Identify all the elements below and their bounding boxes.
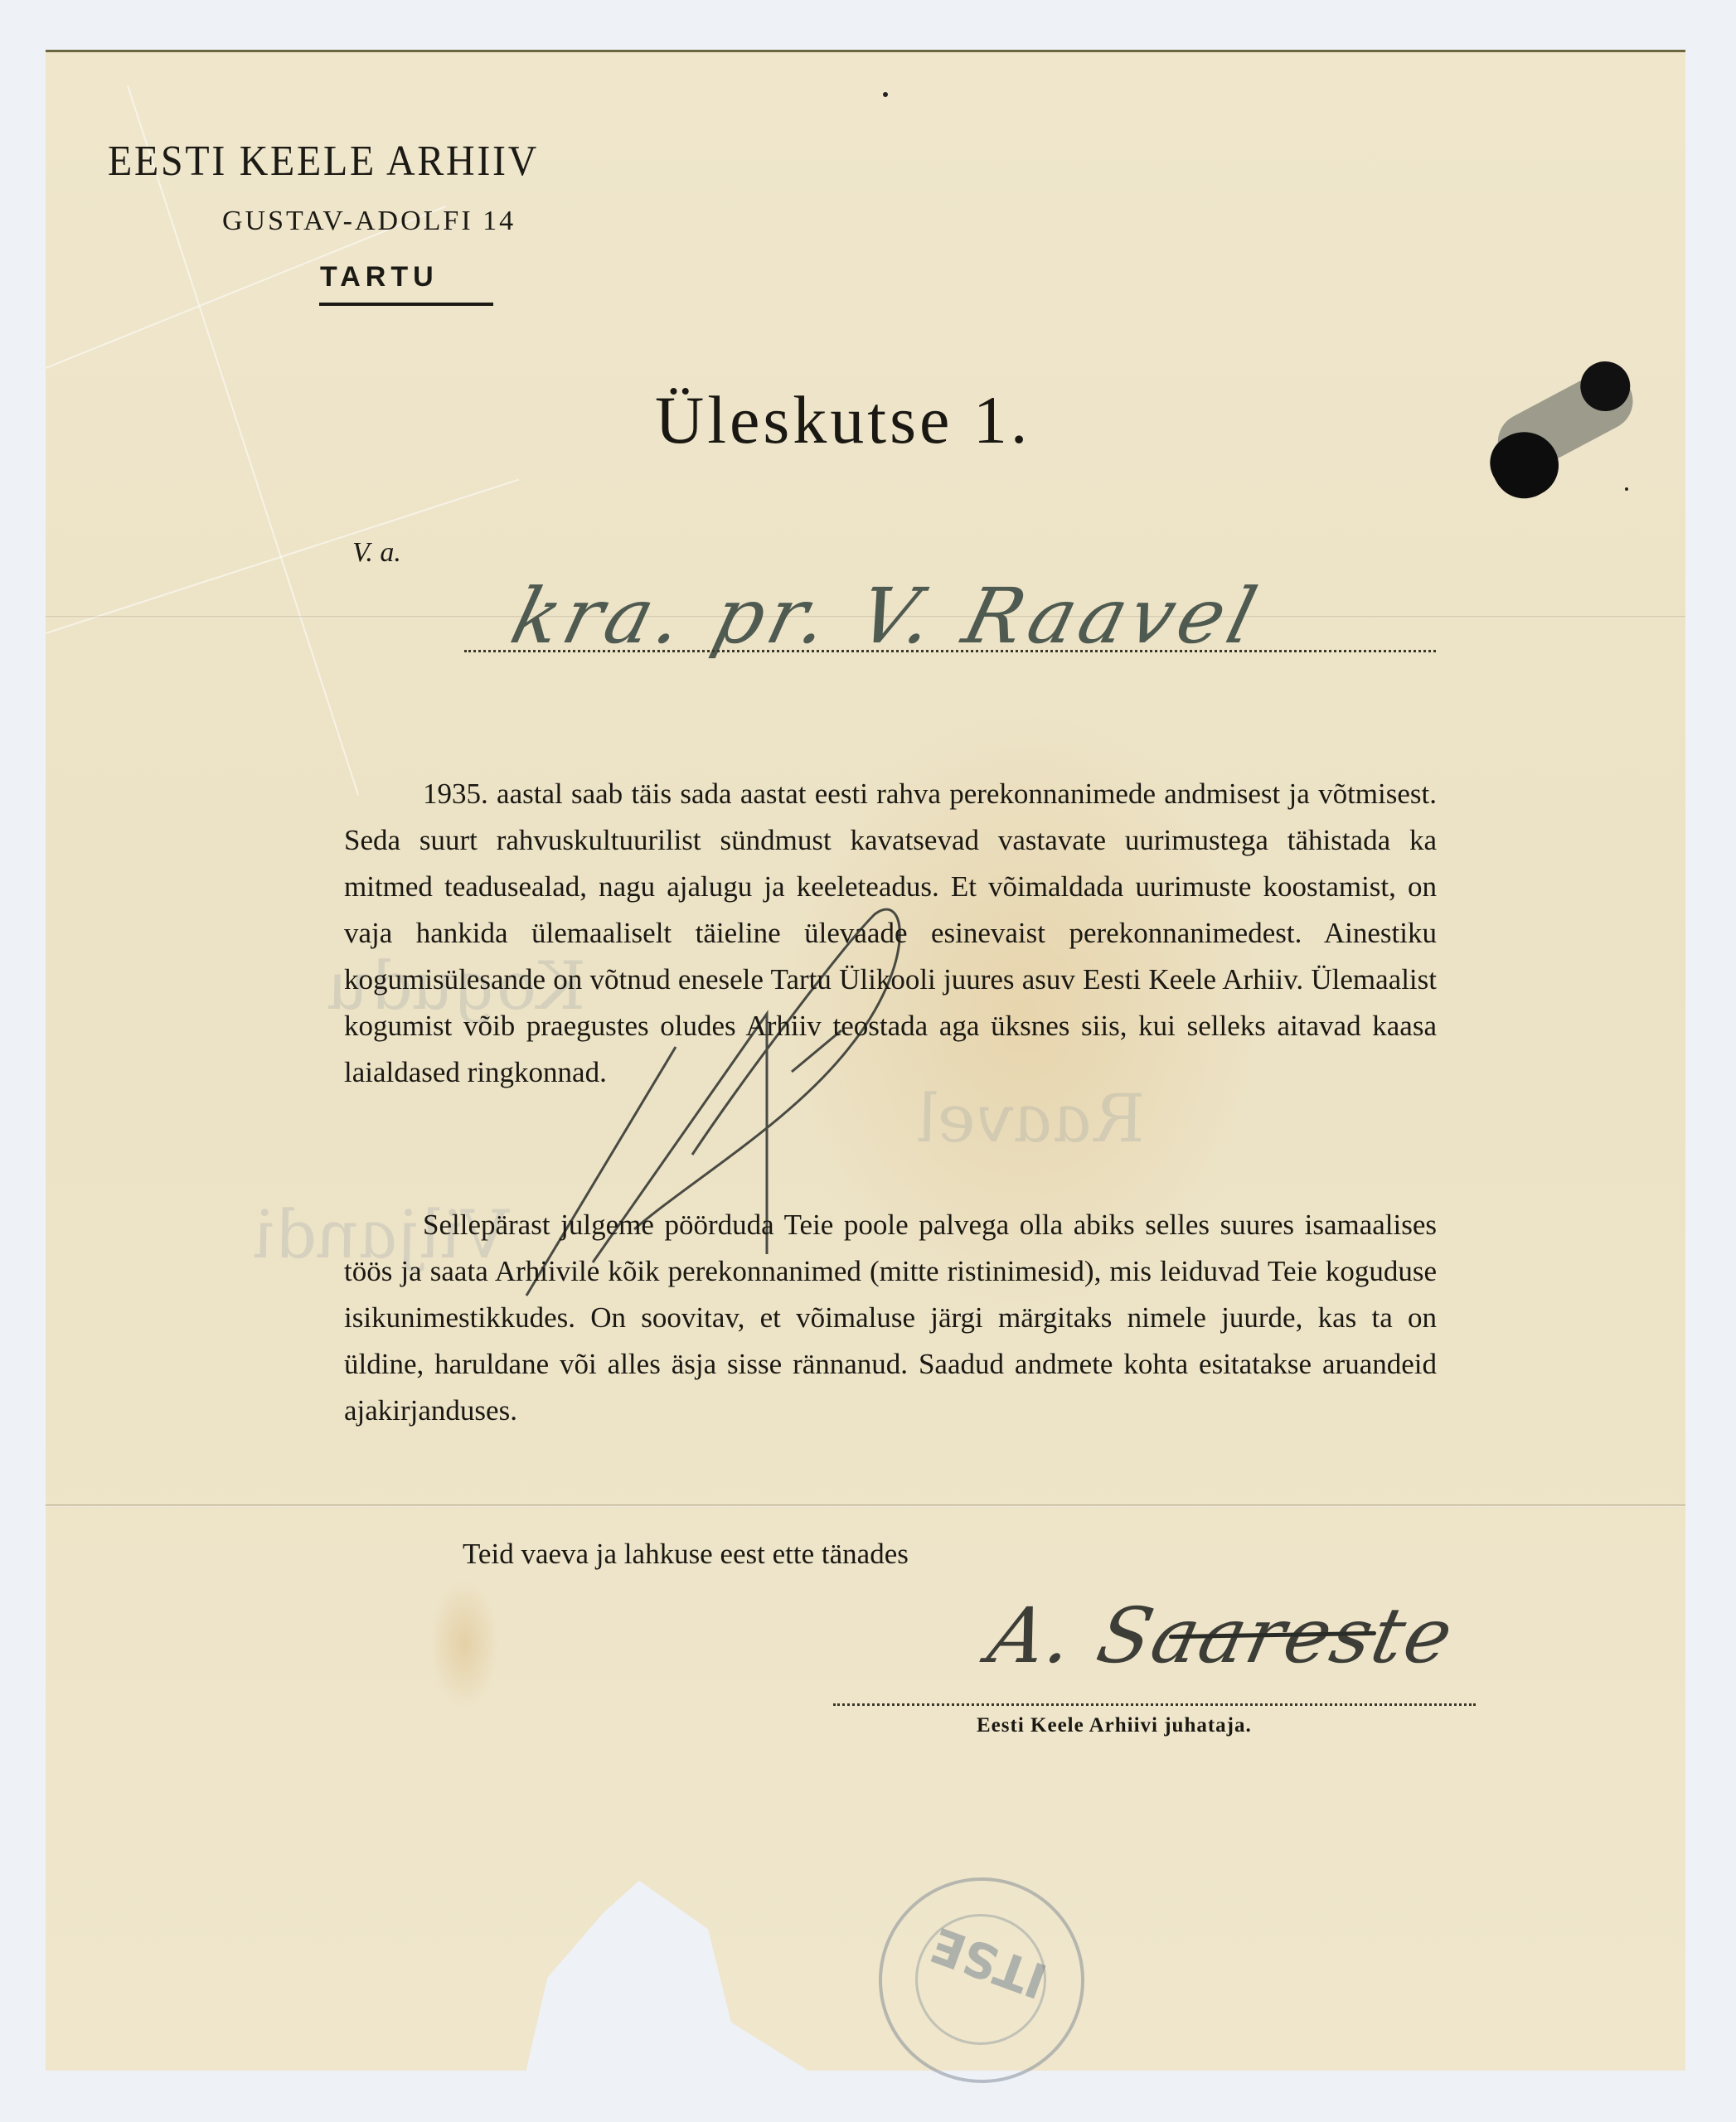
closing-line: Teid vaeva ja lahkuse eest ette tänades xyxy=(463,1538,909,1571)
ink-blot xyxy=(1464,348,1644,499)
letterhead-city: TARTU xyxy=(320,261,439,293)
body-paragraph: Sellepärast julgeme pöörduda Teie poole … xyxy=(344,1202,1437,1434)
body-paragraph: 1935. aastal saab täis sada aastat eesti… xyxy=(344,771,1437,1096)
signatory-title: Eesti Keele Arhiivi juhataja. xyxy=(977,1714,1252,1737)
document-title: Üleskutse 1. xyxy=(655,381,1030,459)
addressee-prefix: V. a. xyxy=(352,537,401,569)
ink-speck xyxy=(1625,487,1628,491)
addressee-dotted-line xyxy=(464,650,1436,652)
handwritten-addressee: kra. pr. V. Raavel xyxy=(503,572,1270,661)
signature-dotted-line xyxy=(833,1703,1476,1706)
paper-crease xyxy=(46,479,519,634)
letterhead-city-underline xyxy=(319,303,493,306)
horizontal-fold-bottom xyxy=(46,1504,1685,1507)
ink-speck xyxy=(883,92,888,97)
letterhead-organization: EESTI KEELE ARHIIV xyxy=(108,137,539,186)
postal-stamp: ITSE xyxy=(879,1877,1084,2083)
paper-crease xyxy=(127,85,359,796)
letterhead-street: GUSTAV-ADOLFI 14 xyxy=(222,206,516,237)
